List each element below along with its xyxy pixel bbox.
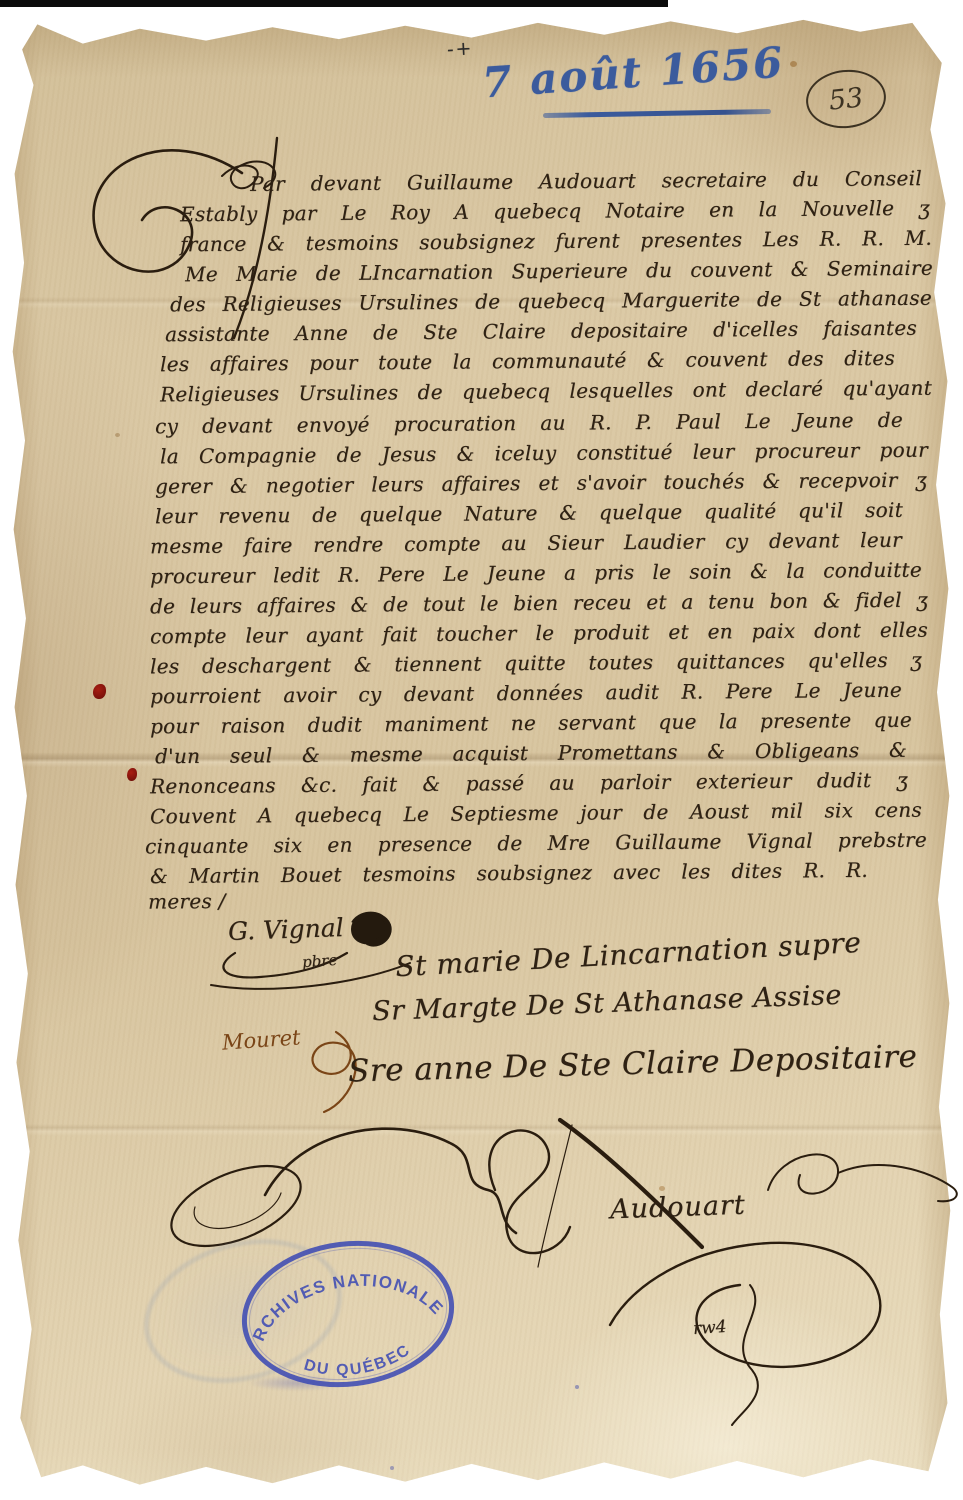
ink-speck — [390, 1466, 394, 1470]
manuscript-line: Renonceans &c. fait & passé au parloir e… — [150, 767, 908, 800]
manuscript-line: leur revenu de quelque Nature & quelque … — [155, 497, 903, 530]
manuscript-line: pourroient avoir cy devant données audit… — [150, 677, 902, 710]
vignal-flourish — [205, 905, 420, 990]
ink-speck — [790, 61, 797, 67]
manuscript-line: Estably par Le Roy A quebecq Notaire en … — [180, 195, 930, 228]
manuscript-line: des Religieuses Ursulines de quebecq Mar… — [170, 285, 932, 318]
ink-speck — [115, 433, 120, 437]
manuscript-line: Couvent A quebecq Le Septiesme jour de A… — [150, 797, 922, 830]
manuscript-line: de leurs affaires & de tout le bien rece… — [150, 587, 928, 620]
manuscript-line: Religieuses Ursulines de quebecq lesquel… — [160, 375, 932, 408]
manuscript-line: & Martin Bouet tesmoins soubsignez avec … — [150, 857, 868, 889]
paraph-note: rw4 — [692, 1317, 727, 1339]
manuscript-line: mesme faire rendre compte au Sieur Laudi… — [150, 527, 902, 560]
manuscript-line: france & tesmoins soubsignez furent pres… — [180, 225, 932, 258]
signature-audouart: Audouart — [610, 1190, 747, 1226]
manuscript-line: cinquante six en presence de Mre Guillau… — [145, 827, 927, 860]
manuscript-line: procureur ledit R. Pere Le Jeune a pris … — [150, 557, 922, 590]
manuscript-line: pour raison dudit maniment ne servant qu… — [150, 707, 912, 740]
ink-speck — [575, 1385, 579, 1389]
manuscript-line: Me Marie de LIncarnation Superieure du c… — [185, 255, 933, 288]
manuscript-line: Par devant Guillaume Audouart secretaire… — [250, 165, 922, 197]
manuscript-line: assistante Anne de Ste Claire depositair… — [165, 315, 917, 348]
manuscript-line: les deschargent & tiennent quitte toutes… — [150, 647, 922, 680]
manuscript-line: d'un seul & mesme acquist Promettans & O… — [155, 737, 907, 770]
ink-speck — [659, 1186, 665, 1191]
vignal-title: pbre — [301, 951, 337, 971]
stamp-smudge — [248, 1375, 344, 1391]
manuscript-line: la Compagnie de Jesus & iceluy constitué… — [160, 437, 928, 470]
manuscript-scan: -+ 7 août 1656 53 Par devant Guillaume A… — [0, 0, 963, 1500]
manuscript-line: cy devant envoyé procuration au R. P. Pa… — [155, 407, 903, 440]
manuscript-line: gerer & negotier leurs affaires et s'avo… — [155, 467, 927, 500]
manuscript-line: compte leur ayant fait toucher le produi… — [150, 617, 928, 650]
manuscript-line: les affaires pour toute la communauté & … — [160, 345, 895, 377]
